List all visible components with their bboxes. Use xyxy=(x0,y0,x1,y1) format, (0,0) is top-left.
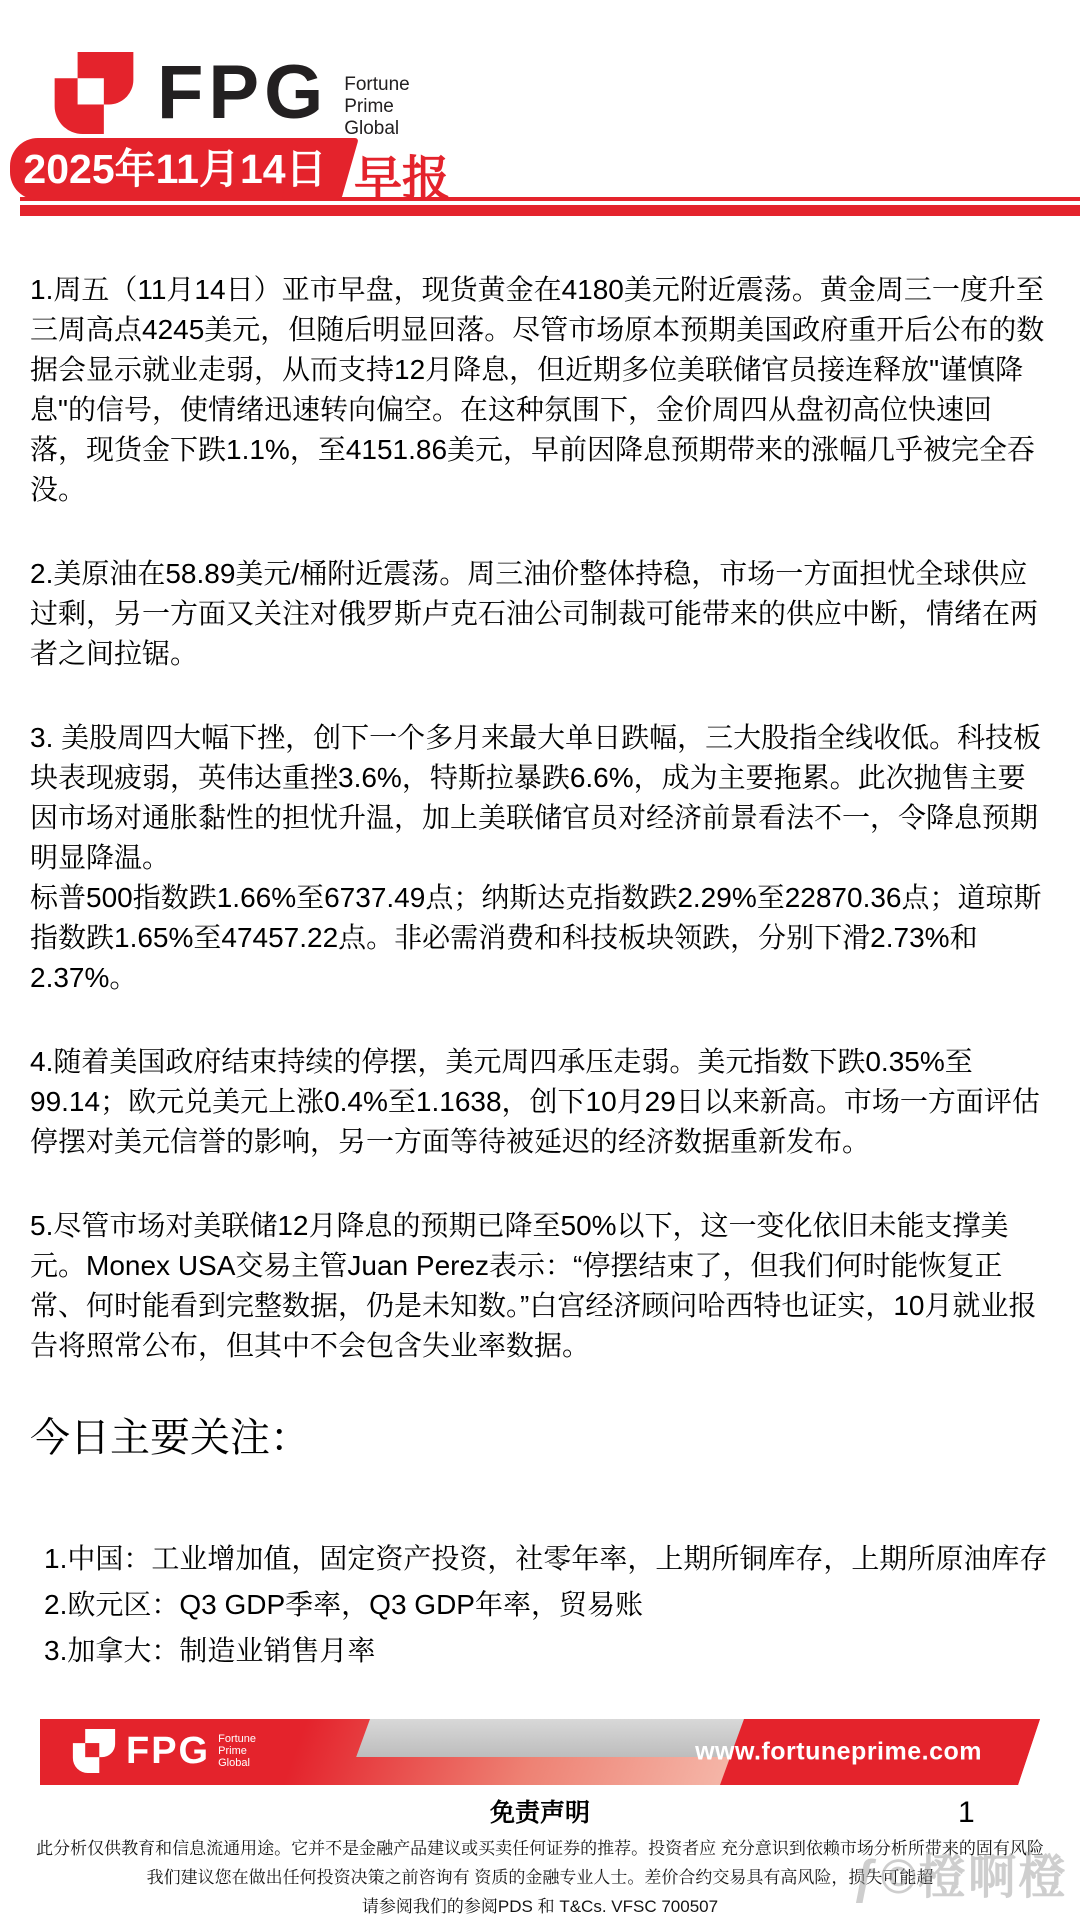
brand-word: FPG xyxy=(157,50,328,136)
edition-label: 早报 xyxy=(354,140,450,209)
focus-item: 3.加拿大：制造业销售月率 xyxy=(44,1628,1047,1674)
watermark: ƒ©橙啊橙 xyxy=(852,1838,1068,1907)
brand-tagline-line: Fortune xyxy=(344,74,409,96)
website-link[interactable]: www.fortuneprime.com xyxy=(695,1738,982,1767)
disclaimer-title: 免责声明 xyxy=(0,1793,1080,1829)
brief-paragraph-3: 3. 美股周四大幅下挫，创下一个多月来最大单日跌幅，三大股指全线收低。科技板 块… xyxy=(30,718,1060,998)
brief-paragraph-1: 1.周五（11月14日）亚市早盘，现货黄金在4180美元附近震荡。黄金周三一度升… xyxy=(30,270,1060,510)
briefs-section: 1.周五（11月14日）亚市早盘，现货黄金在4180美元附近震荡。黄金周三一度升… xyxy=(30,270,1060,1410)
header-rule-thick xyxy=(20,205,1080,216)
focus-item: 1.中国：工业增加值，固定资产投资，社零年率，上期所铜库存，上期所原油库存 xyxy=(44,1536,1047,1582)
brief-paragraph-4: 4.随着美国政府结束持续的停摆，美元周四承压走弱。美元指数下跌0.35%至 99… xyxy=(30,1042,1060,1162)
focus-list: 1.中国：工业增加值，固定资产投资，社零年率，上期所铜库存，上期所原油库存 2.… xyxy=(44,1536,1047,1674)
header-logo: FPG Fortune Prime Global xyxy=(53,50,410,140)
footer-band: FPG Fortune Prime Global www.fortuneprim… xyxy=(40,1719,1040,1785)
brief-paragraph-5: 5.尽管市场对美联储12月降息的预期已降至50%以下，这一变化依旧未能支撑美 元… xyxy=(30,1206,1060,1366)
footer-logo: FPG Fortune Prime Global xyxy=(72,1728,256,1774)
footer-brand-tagline: Fortune Prime Global xyxy=(218,1733,256,1769)
brand-tagline: Fortune Prime Global xyxy=(344,74,409,140)
focus-item: 2.欧元区：Q3 GDP季率，Q3 GDP年率，贸易账 xyxy=(44,1582,1047,1628)
date-banner: 2025年11月14日 xyxy=(10,138,340,200)
brand-tagline-line: Global xyxy=(344,118,409,140)
brand-tagline-line: Prime xyxy=(344,96,409,118)
morning-report-page: FPG Fortune Prime Global 2025年11月14日 早报 … xyxy=(0,0,1080,1920)
page-number: 1 xyxy=(958,1796,975,1830)
fpg-logo-icon xyxy=(72,1728,116,1774)
fpg-logo-icon xyxy=(53,50,135,136)
brief-paragraph-2: 2.美原油在58.89美元/桶附近震荡。周三油价整体持稳，市场一方面担忧全球供应… xyxy=(30,554,1060,674)
footer-brand-word: FPG xyxy=(126,1730,210,1773)
focus-title: 今日主要关注： xyxy=(30,1412,310,1464)
